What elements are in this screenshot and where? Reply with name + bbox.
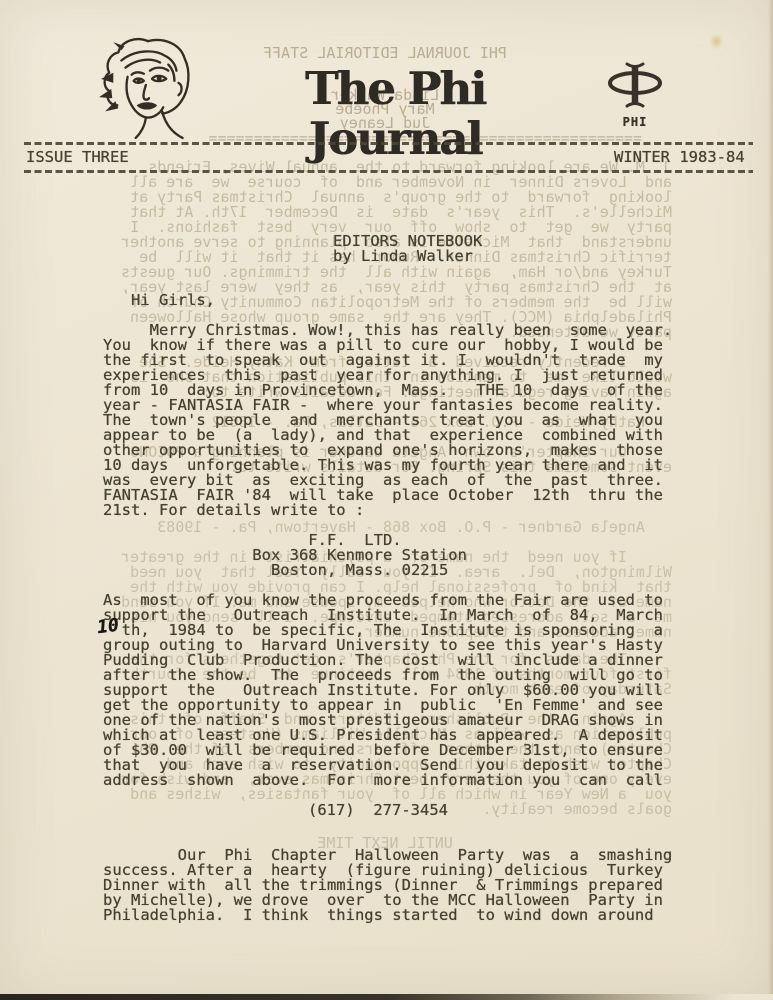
dashed-rule-bottom <box>24 170 753 173</box>
salutation: Hi Girls, <box>131 293 215 308</box>
phi-logo: PHI <box>606 60 664 129</box>
paragraph-3: Our Phi Chapter Halloween Party was a sm… <box>103 848 672 923</box>
article-byline: by Linda Walker <box>333 249 473 264</box>
handwritten-correction: 10 <box>96 615 120 638</box>
woman-face-logo <box>90 34 214 142</box>
paragraph-2: As most of you know the proceeds from th… <box>103 593 663 788</box>
issue-label: ISSUE THREE <box>26 150 129 165</box>
scan-bottom-edge <box>0 994 773 1000</box>
date-label: WINTER 1983-84 <box>614 150 745 165</box>
paper-stain <box>710 34 723 49</box>
address-block: F.F. LTD. Box 368 Kenmore Station Boston… <box>103 533 467 578</box>
newsletter-title: The Phi Journal <box>222 64 568 163</box>
paragraph-1: Merry Christmas. Wow!, this has really b… <box>103 323 672 518</box>
scan-right-edge-shadow <box>768 0 773 1000</box>
phi-logo-label: PHI <box>606 115 664 129</box>
phi-symbol-icon <box>606 60 664 110</box>
dashed-rule-top <box>24 142 753 145</box>
scanned-page: PHI JOURNAL EDITORIAL STAFF Linda Walker… <box>0 0 773 1000</box>
phone-number: (617) 277-3454 <box>308 803 448 818</box>
